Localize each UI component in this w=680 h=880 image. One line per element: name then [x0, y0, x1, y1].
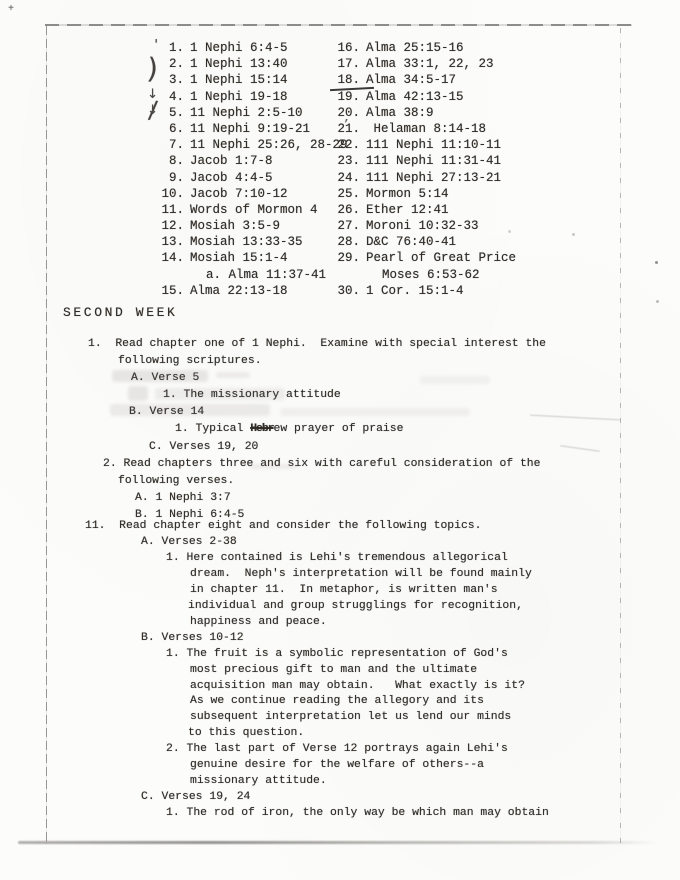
outline-line: As we continue reading the allegory and … [0, 694, 680, 710]
scripture-reference: Pearl of Great Price [360, 250, 516, 266]
pencil-mark [322, 168, 336, 184]
scripture-item: 2.1 Nephi 13:40 [142, 56, 348, 72]
pencil-mark [142, 265, 160, 281]
photocopy-border-bottom [18, 841, 658, 844]
scripture-list-left-column: '1.1 Nephi 6:4-52.1 Nephi 13:403.1 Nephi… [142, 40, 348, 299]
outline-line: acquisition man may obtain. What exactly… [0, 679, 680, 695]
scripture-item: 7.11 Nephi 25:26, 28-29 [142, 137, 348, 153]
pencil-mark [322, 135, 336, 151]
pencil-mark [142, 70, 160, 86]
smudge-artifact [420, 376, 490, 384]
scripture-item: 12.Mosiah 3:5-9 [142, 218, 348, 234]
scripture-reference: Mosiah 3:5-9 [184, 218, 280, 234]
pencil-mark [322, 281, 336, 297]
item-number: 4. [160, 89, 184, 105]
pencil-mark [322, 70, 336, 86]
scripture-item: 6.11 Nephi 9:19-21 [142, 121, 348, 137]
scripture-item: 16.Alma 25:15-16 [322, 40, 516, 56]
scripture-reference: 11 Nephi 9:19-21 [184, 121, 310, 137]
scripture-item: 25.Mormon 5:14 [322, 186, 516, 202]
scripture-reference: Alma 33:1, 22, 23 [360, 56, 494, 72]
pencil-mark [142, 168, 160, 184]
scripture-item: 24.111 Nephi 27:13-21 [322, 170, 516, 186]
scripture-reference: Moses 6:53-62 [360, 267, 480, 283]
scripture-item: 30.1 Cor. 15:1-4 [322, 283, 516, 299]
outline-line: 1. Here contained is Lehi's tremendous a… [0, 551, 680, 567]
item-number: 25. [336, 186, 360, 202]
scripture-item: Moses 6:53-62 [322, 267, 516, 283]
scripture-reference: 1 Nephi 19-18 [184, 89, 288, 105]
smudge-artifact [112, 370, 208, 382]
item-number: 9. [160, 170, 184, 186]
scripture-reference: 1 Nephi 13:40 [184, 56, 288, 72]
scripture-item: 8.Jacob 1:7-8 [142, 153, 348, 169]
item-number: 2. [160, 56, 184, 72]
scripture-reference: 11 Nephi 2:5-10 [184, 105, 303, 121]
outline-line: C. Verses 19, 24 [0, 790, 680, 806]
item-number: 19. [336, 89, 360, 105]
outline-line: 1. Read chapter one of 1 Nephi. Examine … [0, 336, 680, 353]
scripture-reference: 111 Nephi 27:13-21 [360, 170, 501, 186]
pencil-mark [322, 265, 336, 281]
photocopy-border-top [45, 24, 632, 26]
outline-line: A. 1 Nephi 3:7 [0, 490, 680, 507]
item-number: 23. [336, 153, 360, 169]
pencil-mark: ↓ [142, 103, 160, 119]
scripture-reference: Alma 42:13-15 [360, 89, 464, 105]
outline-text: ew prayer of praise [274, 423, 404, 435]
outline-line: to this question. [0, 726, 680, 742]
outline-line: happiness and peace. [0, 615, 680, 631]
scripture-reference: Mosiah 15:1-4 [184, 250, 288, 266]
scripture-item: 3.1 Nephi 15:14 [142, 72, 348, 88]
scan-speck [508, 230, 511, 233]
item-number: 1. [160, 40, 184, 56]
scripture-reference: Jacob 4:4-5 [184, 170, 273, 186]
scripture-reference: Alma 34:5-17 [360, 72, 456, 88]
pencil-mark [142, 281, 160, 297]
section-heading: SECOND WEEK [63, 305, 177, 320]
scripture-item: 18.Alma 34:5-17 [322, 72, 516, 88]
scripture-reference: Alma 38:9 [360, 105, 434, 121]
scripture-reference: Alma 25:15-16 [360, 40, 464, 56]
smudge-artifact [216, 372, 250, 378]
scripture-reference: Jacob 7:10-12 [184, 186, 288, 202]
pencil-mark [142, 184, 160, 200]
scripture-reference: D&C 76:40-41 [360, 234, 456, 250]
item-number: 7. [160, 137, 184, 153]
scripture-reference: a. Alma 11:37-41 [184, 267, 326, 283]
scripture-reference: Helaman 8:14-18 [360, 121, 486, 137]
pencil-mark [322, 248, 336, 264]
outline-line: following verses. [0, 473, 680, 490]
item-number: 8. [160, 153, 184, 169]
scanned-document-page: + ) / '1.1 Nephi 6:4-52.1 Nephi 13:403.1… [0, 0, 680, 880]
item-number [336, 267, 360, 283]
scripture-item: a. Alma 11:37-41 [142, 267, 348, 283]
outline-line: B. Verses 10-12 [0, 631, 680, 647]
scripture-reference: Mosiah 13:33-35 [184, 234, 303, 250]
pencil-mark [142, 248, 160, 264]
pencil-mark: ' [142, 38, 160, 54]
pencil-mark [142, 119, 160, 135]
scripture-reference: 1 Cor. 15:1-4 [360, 283, 464, 299]
outline-line: in chapter 11. In metaphor, is written m… [0, 583, 680, 599]
outline-line: 1. The rod of iron, the only way be whic… [0, 806, 680, 822]
scripture-item: 9.Jacob 4:4-5 [142, 170, 348, 186]
item-number: 14. [160, 250, 184, 266]
smudge-artifact [250, 464, 298, 469]
outline-line: 1. Typical Hebrew prayer of praise [0, 421, 680, 438]
pencil-mark [322, 200, 336, 216]
outline-line: subsequent interpretation let us lend ou… [0, 710, 680, 726]
smudge-artifact [110, 404, 270, 416]
scripture-item: 13.Mosiah 13:33-35 [142, 234, 348, 250]
scripture-item: 27.Moroni 10:32-33 [322, 218, 516, 234]
pencil-mark [322, 216, 336, 232]
outline-line: dream. Neph's interpretation will be fou… [0, 567, 680, 583]
item-number: 28. [336, 234, 360, 250]
outline-line: A. Verse 5 [0, 370, 680, 387]
outline-line: A. Verses 2-38 [0, 535, 680, 551]
scripture-reference: 111 Nephi 11:31-41 [360, 153, 501, 169]
pencil-mark [142, 54, 160, 70]
item-number: 3. [160, 72, 184, 88]
pencil-mark [322, 38, 336, 54]
pencil-mark [142, 216, 160, 232]
pencil-mark [142, 151, 160, 167]
scripture-item: '1.1 Nephi 6:4-5 [142, 40, 348, 56]
scripture-reference: Mormon 5:14 [360, 186, 449, 202]
outline-line: 2. The last part of Verse 12 portrays ag… [0, 742, 680, 758]
outline-line: genuine desire for the welfare of others… [0, 758, 680, 774]
scripture-item: 26.Ether 12:41 [322, 202, 516, 218]
item-number: 24. [336, 170, 360, 186]
outline-line: 11. Read chapter eight and consider the … [0, 519, 680, 535]
pencil-mark: ↓ [142, 87, 160, 103]
smudge-artifact [155, 388, 285, 400]
item-number: 13. [160, 234, 184, 250]
scripture-item: 11.Words of Mormon 4 [142, 202, 348, 218]
pencil-mark [142, 200, 160, 216]
item-number: 6. [160, 121, 184, 137]
scripture-item: 20.Alma 38:9 [322, 105, 516, 121]
outline-line: 2. Read chapters three and six with care… [0, 456, 680, 473]
stray-tick-mark: ’ [343, 119, 350, 131]
scripture-reference: 1 Nephi 6:4-5 [184, 40, 288, 56]
pencil-mark [142, 135, 160, 151]
scripture-reference: Jacob 1:7-8 [184, 153, 273, 169]
scan-speck [656, 300, 659, 303]
scripture-item: 23.111 Nephi 11:31-41 [322, 153, 516, 169]
outline-line: most precious gift to man and the ultima… [0, 663, 680, 679]
item-number: 15. [160, 283, 184, 299]
scripture-reference: 111 Nephi 11:10-11 [360, 137, 501, 153]
item-number: 29. [336, 250, 360, 266]
item-number: 12. [160, 218, 184, 234]
pencil-mark [322, 151, 336, 167]
scripture-item: ↓5.11 Nephi 2:5-10 [142, 105, 348, 121]
scripture-reference: Moroni 10:32-33 [360, 218, 479, 234]
scan-speck [655, 261, 658, 264]
scripture-reference: Words of Mormon 4 [184, 202, 318, 218]
smudge-artifact [128, 386, 148, 401]
item-number: 11. [160, 202, 184, 218]
scripture-item: 15.Alma 22:13-18 [142, 283, 348, 299]
outline-text: 1. Typical [175, 423, 250, 435]
pencil-mark [322, 87, 336, 103]
outline-line: 1. The missionary attitude [0, 387, 680, 404]
pencil-mark [322, 184, 336, 200]
scripture-reference: Alma 22:13-18 [184, 283, 288, 299]
outline-week2-item11: 11. Read chapter eight and consider the … [0, 519, 680, 822]
scripture-reference: 1 Nephi 15:14 [184, 72, 288, 88]
outline-line: individual and group strugglings for rec… [0, 599, 680, 615]
item-number: 22. [336, 137, 360, 153]
pencil-mark [142, 232, 160, 248]
scripture-item: 10.Jacob 7:10-12 [142, 186, 348, 202]
scripture-reference: Ether 12:41 [360, 202, 449, 218]
scripture-item: 14.Mosiah 15:1-4 [142, 250, 348, 266]
scripture-item: 21. Helaman 8:14-18 [322, 121, 516, 137]
outline-line: following scriptures. [0, 353, 680, 370]
pencil-mark [322, 54, 336, 70]
scripture-item: 28.D&C 76:40-41 [322, 234, 516, 250]
item-number: 26. [336, 202, 360, 218]
outline-line: missionary attitude. [0, 774, 680, 790]
scripture-item: 17.Alma 33:1, 22, 23 [322, 56, 516, 72]
scan-corner-mark: + [8, 4, 14, 15]
item-number: 17. [336, 56, 360, 72]
item-number [160, 267, 184, 283]
item-number: 16. [336, 40, 360, 56]
item-number: 10. [160, 186, 184, 202]
outline-week2-item1: 1. Read chapter one of 1 Nephi. Examine … [0, 336, 680, 524]
scripture-list-right-column: 16.Alma 25:15-1617.Alma 33:1, 22, 2318.A… [322, 40, 516, 299]
item-number: 27. [336, 218, 360, 234]
pencil-mark [322, 119, 336, 135]
outline-line: 1. The fruit is a symbolic representatio… [0, 647, 680, 663]
pencil-mark [322, 232, 336, 248]
overstruck-word: Hebr [250, 423, 273, 435]
scripture-item: 22.111 Nephi 11:10-11 [322, 137, 516, 153]
smudge-artifact [280, 408, 470, 416]
pencil-mark [322, 103, 336, 119]
scan-speck [572, 233, 575, 236]
item-number: 18. [336, 72, 360, 88]
scripture-item: 29.Pearl of Great Price [322, 250, 516, 266]
item-number: 5. [160, 105, 184, 121]
scripture-item: 19.Alma 42:13-15 [322, 89, 516, 105]
scripture-item: ↓4.1 Nephi 19-18 [142, 89, 348, 105]
item-number: 30. [336, 283, 360, 299]
